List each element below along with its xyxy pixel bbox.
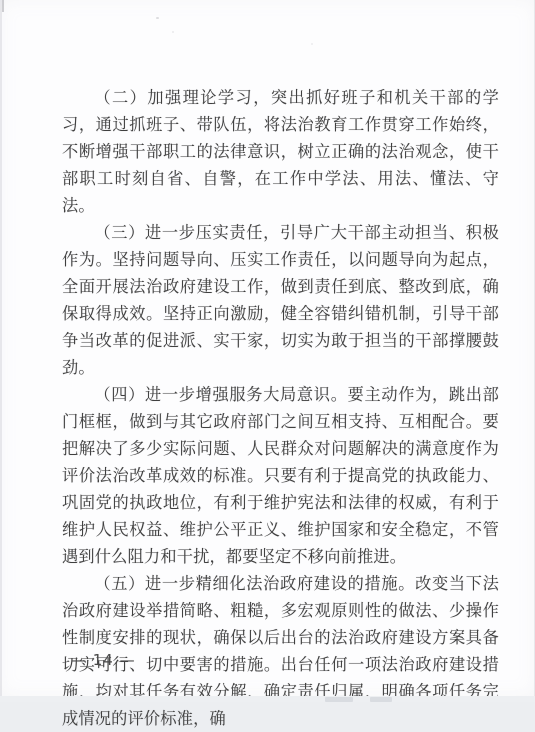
paragraph-section-3: （三）进一步压实责任，引导广大干部主动担当、积极作为。坚持问题导向、压实工作责任… xyxy=(62,219,499,381)
document-body-text: （二）加强理论学习，突出抓好班子和机关干部的学习，通过抓班子、带队伍，将法治教育… xyxy=(62,84,499,702)
paragraph-section-5: （五）进一步精细化法治政府建设的措施。改变当下法治政府建设举措简略、粗糙，多宏观… xyxy=(62,570,499,702)
scan-corner-artifact xyxy=(2,0,4,12)
scan-speck-artifact xyxy=(172,31,174,33)
scan-bottom-edge-artifact xyxy=(325,697,353,702)
scanned-document-page: （二）加强理论学习，突出抓好班子和机关干部的学习，通过抓班子、带队伍，将法治教育… xyxy=(0,0,535,696)
scan-speck-artifact xyxy=(156,17,159,19)
scan-speck-artifact xyxy=(311,43,313,45)
paragraph-section-2: （二）加强理论学习，突出抓好班子和机关干部的学习，通过抓班子、带队伍，将法治教育… xyxy=(62,84,499,219)
page-number: — 14 — xyxy=(71,650,136,670)
scan-left-edge-artifact xyxy=(0,0,2,696)
paragraph-section-4: （四）进一步增强服务大局意识。要主动作为，跳出部门框框，做到与其它政府部门之间互… xyxy=(62,381,499,570)
scan-bottom-edge-strip xyxy=(0,696,535,702)
scan-bottom-edge-artifact xyxy=(370,697,392,702)
